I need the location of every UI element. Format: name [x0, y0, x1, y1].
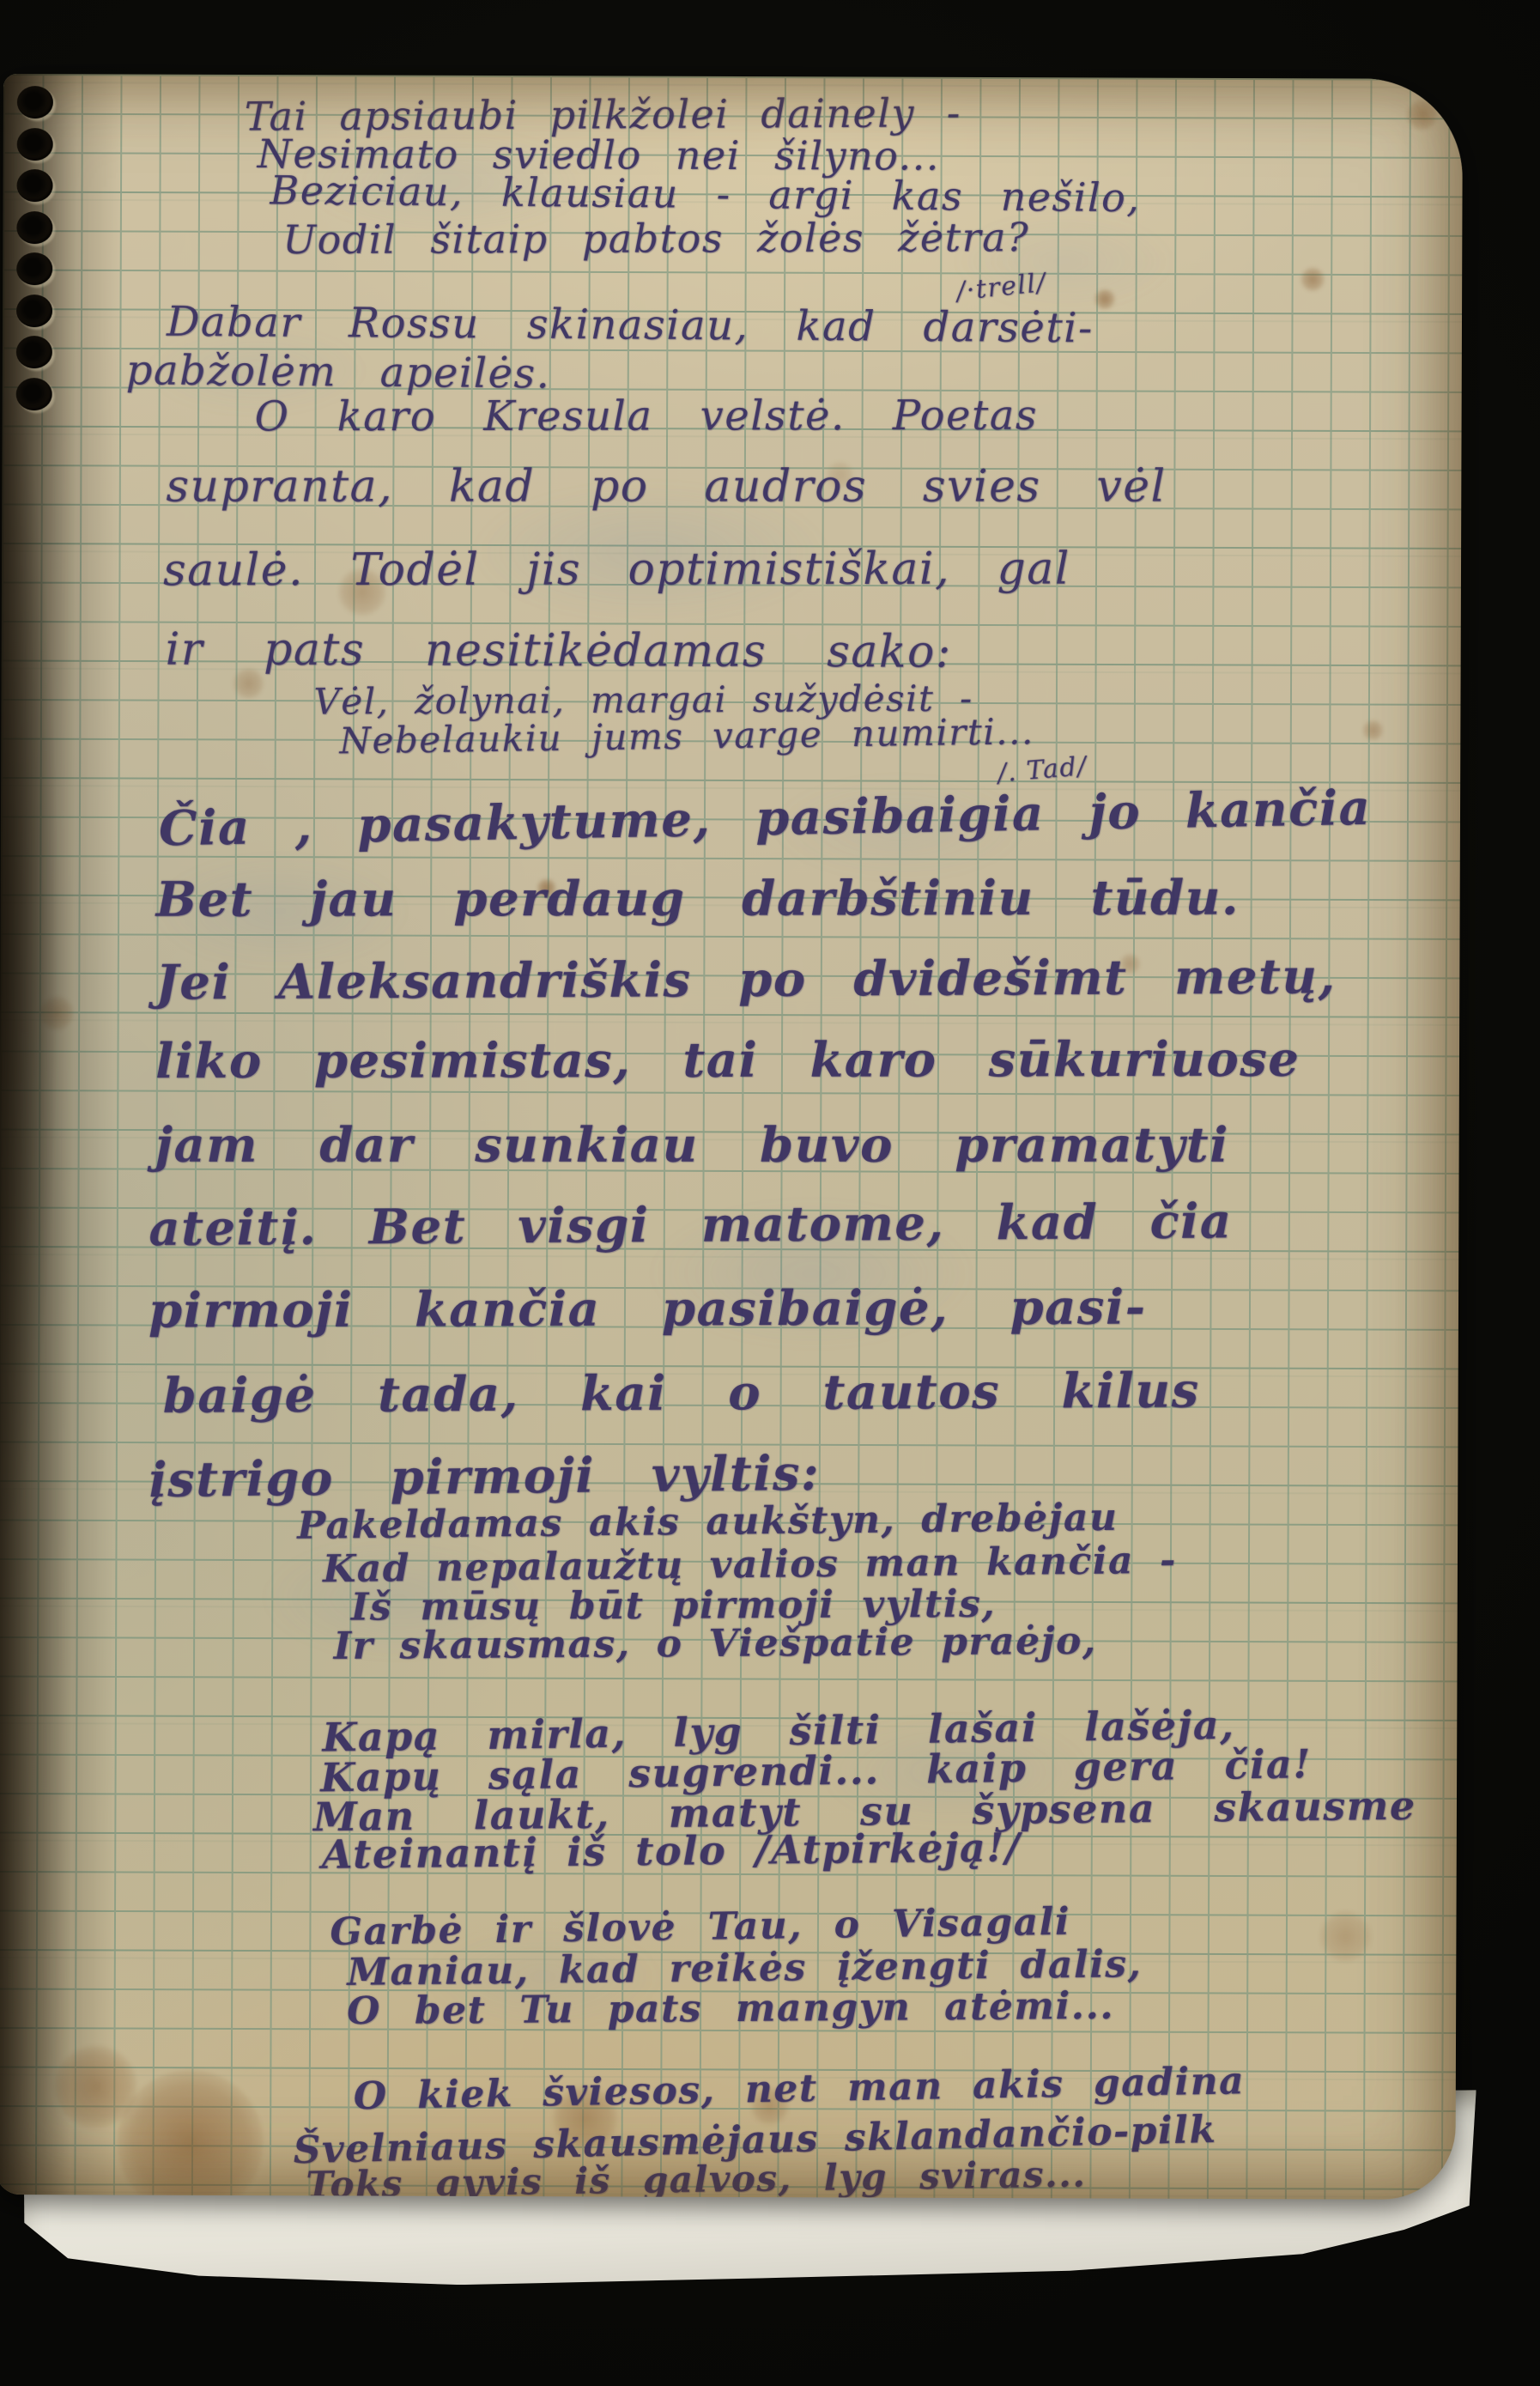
binding-hole — [16, 211, 52, 244]
binding-hole — [17, 86, 53, 118]
binding-hole — [16, 378, 52, 410]
notebook-page: Tai apsiaubi pilkžolei dainely -Nesimato… — [0, 74, 1463, 2200]
binding-hole — [17, 128, 53, 161]
binding-hole — [16, 294, 52, 327]
binding-hole — [16, 336, 52, 368]
binding-holes — [0, 74, 1463, 2200]
scene: Tai apsiaubi pilkžolei dainely -Nesimato… — [0, 0, 1540, 2386]
binding-hole — [16, 169, 52, 202]
binding-hole — [16, 252, 52, 285]
photo-background: { "theme": { "background": "#0a0a07", "p… — [0, 0, 1540, 2386]
